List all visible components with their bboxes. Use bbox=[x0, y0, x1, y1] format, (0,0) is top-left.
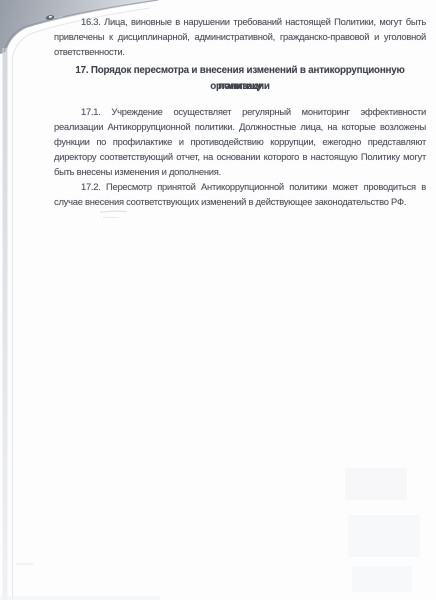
text-line: быть внесены изменения и дополнения. bbox=[54, 164, 426, 179]
text-line: 16.3. Лица, виновные в нарушении требова… bbox=[54, 14, 426, 29]
scanned-page: 16.3. Лица, виновные в нарушении требова… bbox=[0, 0, 436, 600]
text-line: организации bbox=[54, 79, 426, 95]
text-line: случае внесения соответствующих изменени… bbox=[54, 194, 426, 209]
text-line: директору соответствующий отчет, на осно… bbox=[54, 149, 426, 164]
pencil-smudge bbox=[100, 211, 127, 218]
text-line: 17.2. Пересмотр принятой Антикоррупционн… bbox=[54, 179, 426, 194]
paragraph-17-1: 17.1. Учреждение осуществляет регулярный… bbox=[54, 104, 426, 179]
text-line: 17.1. Учреждение осуществляет регулярный… bbox=[54, 104, 426, 119]
text-line: реализации Антикоррупционной политики. Д… bbox=[54, 119, 426, 134]
text-line: 17. Порядок пересмотра и внесения измене… bbox=[54, 63, 426, 79]
scan-left-band bbox=[3, 48, 8, 600]
document-text: 16.3. Лица, виновные в нарушении требова… bbox=[54, 14, 426, 209]
text-line: привлечены к дисциплинарной, администрат… bbox=[54, 29, 426, 44]
text-line: функции по профилактике и противодействи… bbox=[54, 134, 426, 149]
scan-noise bbox=[0, 468, 420, 600]
section-17-heading: 17. Порядок пересмотра и внесения измене… bbox=[54, 63, 426, 95]
paragraph-17-2: 17.2. Пересмотр принятой Антикоррупционн… bbox=[54, 179, 426, 209]
paragraph-16-3: 16.3. Лица, виновные в нарушении требова… bbox=[54, 14, 426, 59]
text-line: ответственности. bbox=[54, 44, 426, 59]
